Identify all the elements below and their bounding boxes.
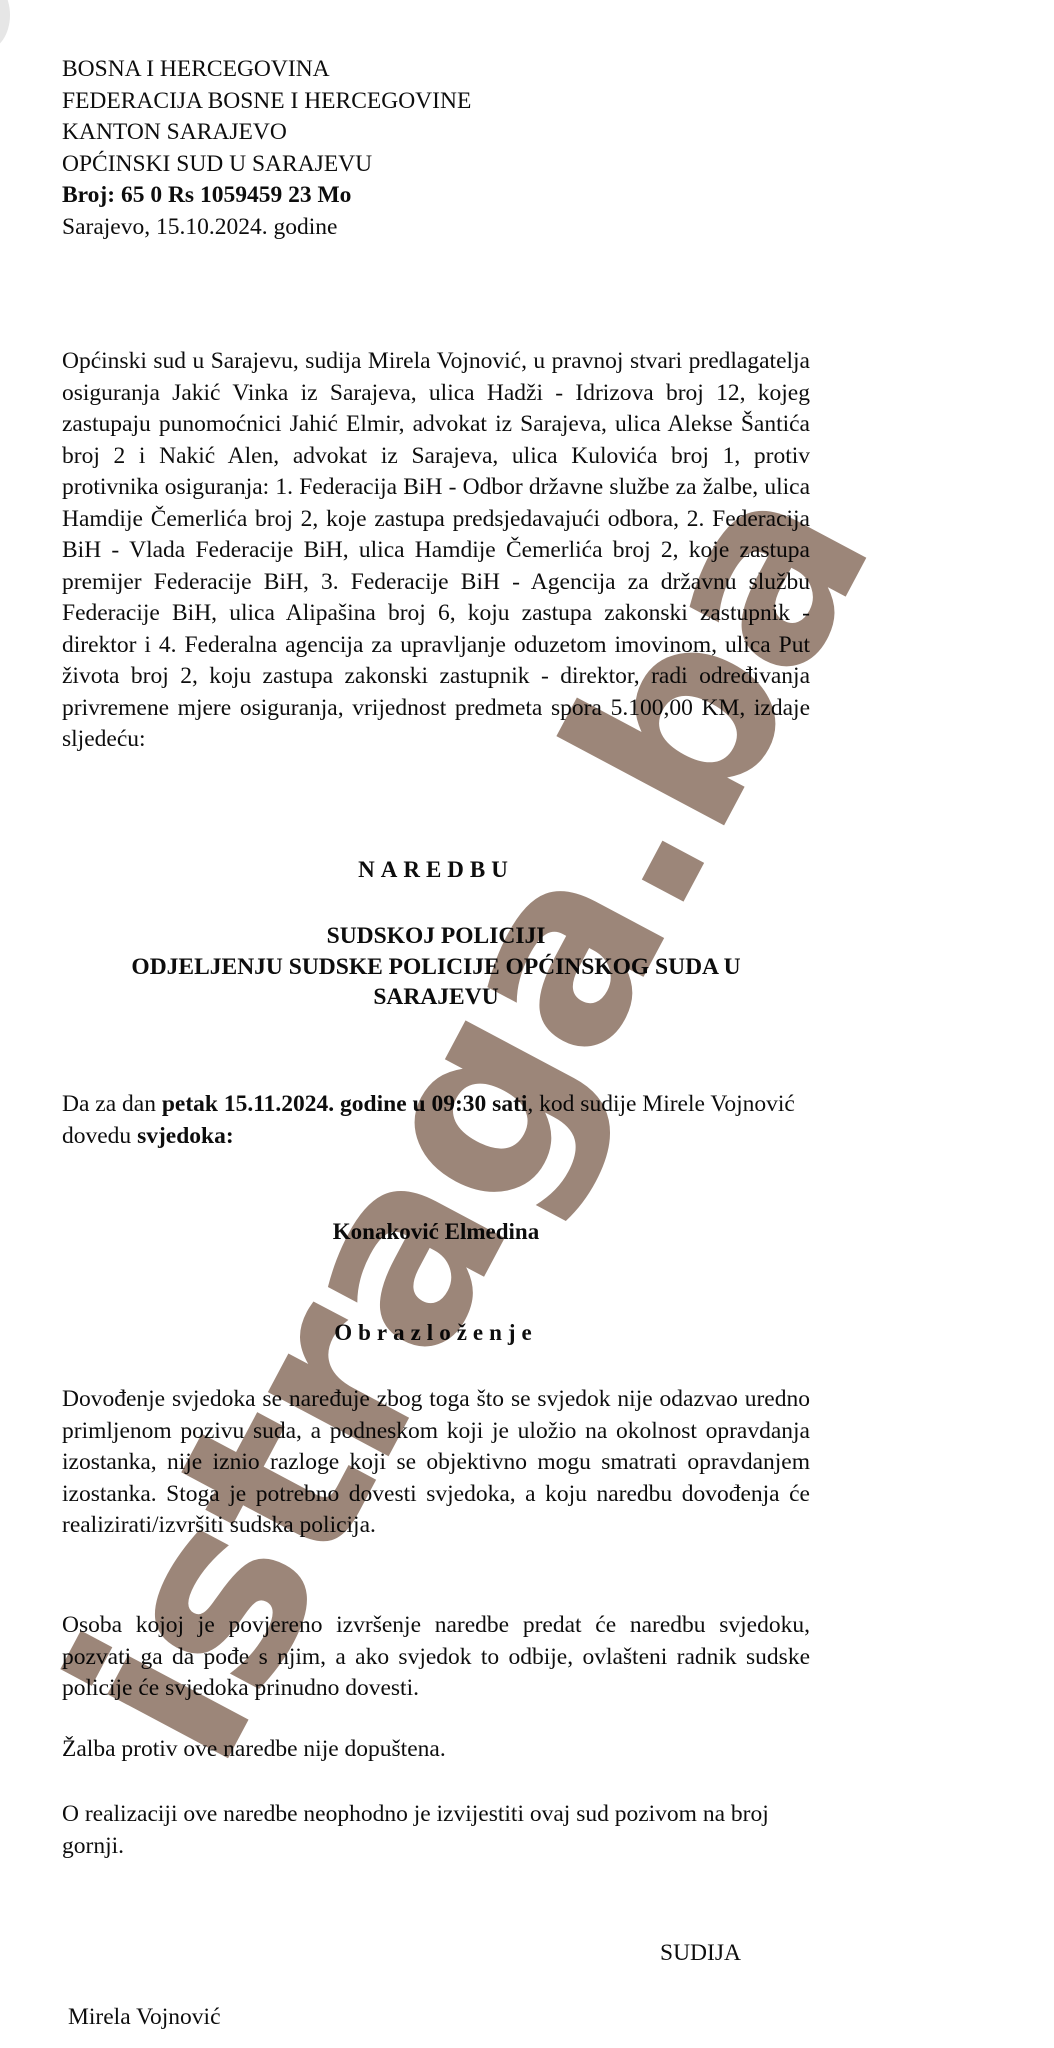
reasoning-title: Obrazloženje	[62, 1320, 810, 1346]
reasoning-paragraph: Dovođenje svjedoka se naređuje zbog toga…	[62, 1384, 810, 1542]
place-date: Sarajevo, 15.10.2024. godine	[62, 212, 810, 244]
appeal-paragraph: Žalba protiv ove naredbe nije dopuštena.	[62, 1734, 810, 1766]
order-paragraph: Da za dan petak 15.11.2024. godine u 09:…	[62, 1089, 810, 1152]
court-header: BOSNA I HERCEGOVINA FEDERACIJA BOSNE I H…	[62, 54, 810, 243]
header-country: BOSNA I HERCEGOVINA	[62, 54, 810, 86]
intro-paragraph: Općinski sud u Sarajevu, sudija Mirela V…	[62, 346, 810, 756]
signature-name: Mirela Vojnović	[68, 2004, 221, 2031]
hearing-datetime: petak 15.11.2024. godine u 09:30 sati	[162, 1091, 528, 1117]
addressee: SUDSKOJ POLICIJI ODJELJENJU SUDSKE POLIC…	[62, 921, 810, 1013]
header-court: OPĆINSKI SUD U SARAJEVU	[62, 149, 810, 181]
addressee-line-3: SARAJEVU	[62, 982, 810, 1013]
report-paragraph: O realizaciji ove naredbe neophodno je i…	[62, 1799, 810, 1862]
header-canton: KANTON SARAJEVO	[62, 117, 810, 149]
addressee-line-2: ODJELJENJU SUDSKE POLICIJE OPĆINSKOG SUD…	[62, 952, 810, 983]
header-federation: FEDERACIJA BOSNE I HERCEGOVINE	[62, 86, 810, 118]
order-text-1: Da za dan	[62, 1091, 162, 1117]
witness-name: Konaković Elmedina	[62, 1219, 810, 1245]
addressee-line-1: SUDSKOJ POLICIJI	[62, 921, 810, 952]
page-corner-shadow	[0, 0, 10, 50]
execution-paragraph: Osoba kojoj je povjereno izvršenje nared…	[62, 1610, 810, 1705]
document-title: NAREDBU	[62, 857, 810, 883]
witness-label: svjedoka:	[137, 1123, 234, 1149]
signature-title: SUDIJA	[660, 1940, 741, 1967]
case-number: Broj: 65 0 Rs 1059459 23 Mo	[62, 180, 810, 212]
